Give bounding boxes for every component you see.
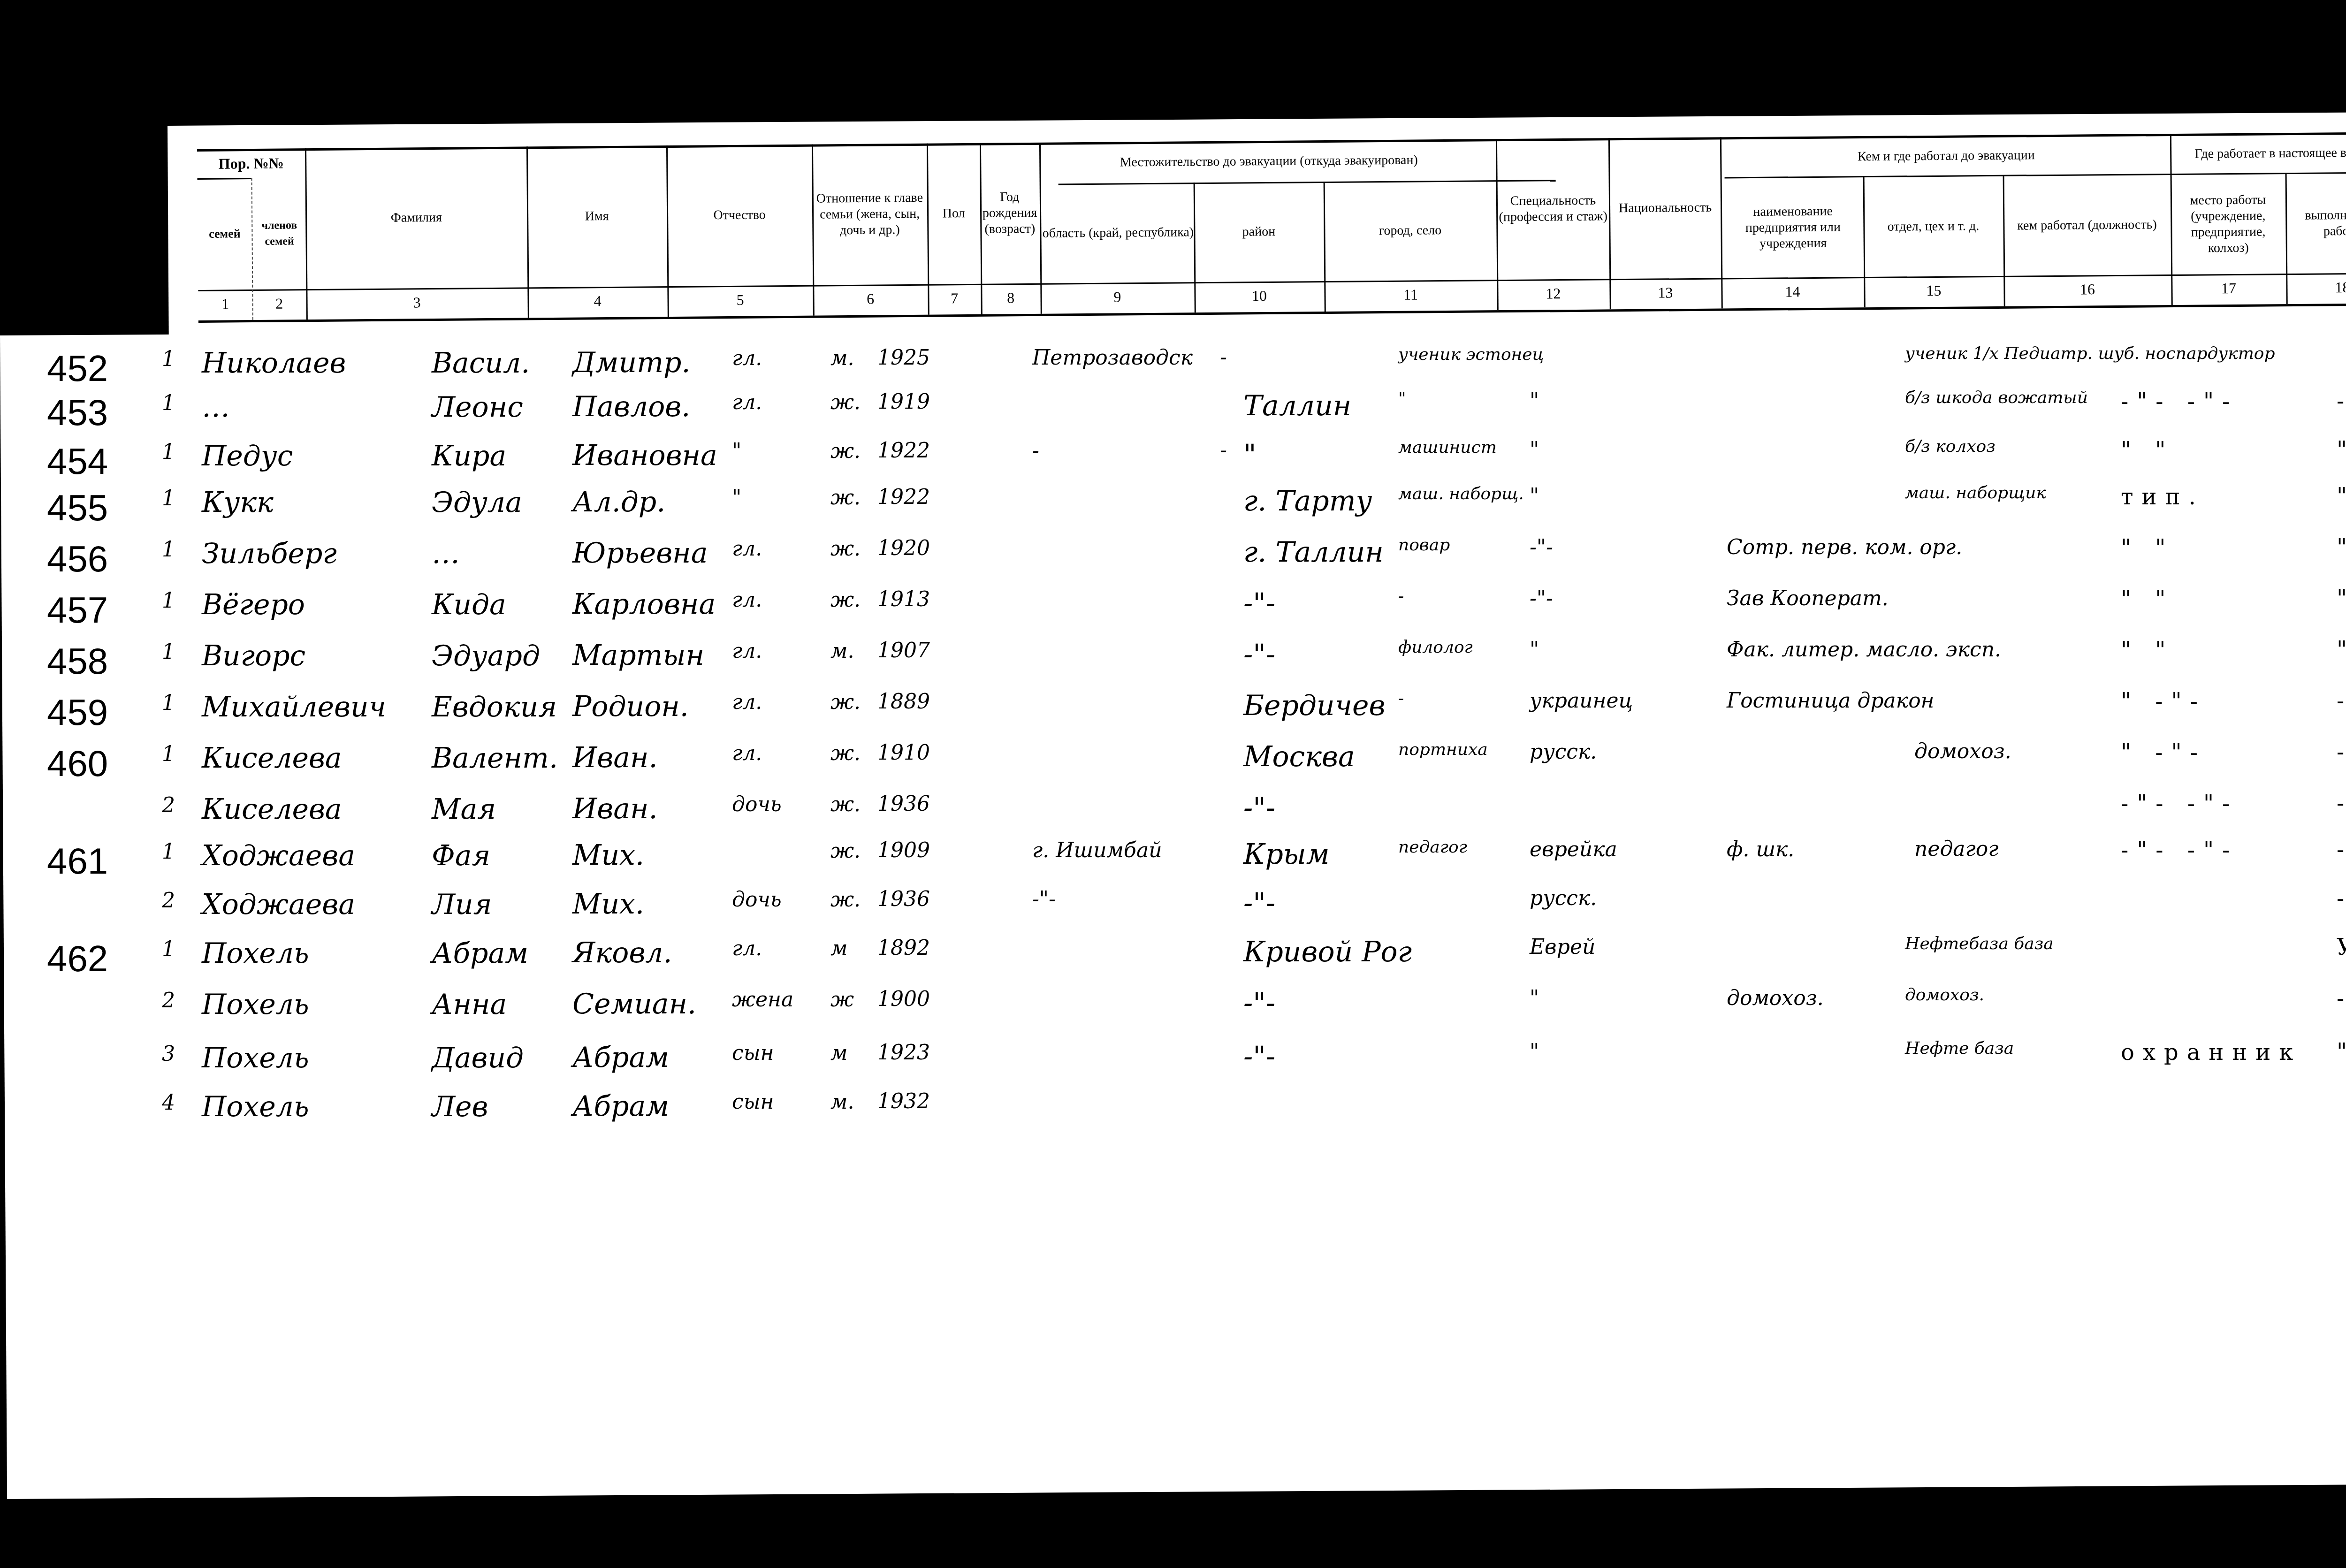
row-surname: Николаев — [202, 347, 346, 380]
row-member-no: 1 — [162, 440, 175, 464]
row-member-no: 1 — [162, 742, 175, 766]
row-city: -"- — [1243, 587, 1275, 620]
row-relation: сын — [732, 1041, 774, 1065]
row-sex: м — [830, 1041, 847, 1065]
row-patronymic: Иван. — [572, 792, 658, 825]
row-sex: м. — [830, 346, 854, 370]
row-surname: Ходжаева — [202, 888, 355, 921]
col-number: 5 — [667, 291, 813, 309]
row-c17: -"- -"- — [2121, 837, 2238, 863]
row-sex: ж — [830, 988, 854, 1012]
row-member-no: 1 — [162, 487, 175, 510]
col-number: 7 — [928, 289, 981, 307]
header-col-4: Имя — [526, 145, 667, 287]
row-city: Москва — [1243, 740, 1355, 773]
row-sex: ж. — [830, 390, 861, 414]
row-birth-year: 1913 — [877, 587, 930, 611]
row-birth-year: 1925 — [877, 346, 930, 370]
row-relation: гл. — [732, 390, 762, 414]
row-c14: Зав Кооперат. — [1727, 586, 1889, 610]
row-birth-year: 1923 — [877, 1041, 930, 1065]
row-c18: " " — [2337, 437, 2346, 463]
row-nationality: Еврей — [1530, 935, 1595, 959]
col-number: 8 — [981, 289, 1040, 307]
row-birth-year: 1936 — [877, 887, 930, 911]
row-name: Леонс — [432, 391, 523, 424]
row-c17: тип. — [2121, 484, 2204, 510]
row-patronymic: Карловна — [572, 588, 716, 621]
row-c16: маш. наборщик — [1905, 484, 2046, 502]
col-number: 11 — [1324, 285, 1497, 304]
row-relation: жена — [732, 988, 793, 1012]
row-c18: -"- -"- — [2337, 688, 2346, 714]
row-specialty: машинист — [1398, 438, 1497, 457]
row-sex: ж. — [830, 741, 861, 765]
row-name: Эдула — [432, 486, 522, 519]
header-col-2: членов семей — [252, 177, 306, 289]
row-surname: Похель — [202, 1042, 309, 1074]
row-region: -"- — [1032, 887, 1056, 911]
row-c16: б/з шкода вожатый — [1905, 388, 2088, 407]
row-specialty: ученик эстонец — [1398, 345, 1544, 364]
row-member-no: 1 — [162, 937, 175, 961]
row-specialty: педагог — [1398, 838, 1467, 857]
row-city: Бердичев — [1243, 689, 1385, 722]
row-c18: " " — [2337, 637, 2346, 663]
row-family-no: 452 — [47, 347, 108, 390]
row-c14: домохоз. — [1727, 986, 1824, 1010]
row-surname: Похель — [202, 988, 309, 1021]
row-city: -"- — [1243, 638, 1275, 671]
row-surname: Михайлевич — [202, 691, 386, 723]
row-nationality: -"- — [1530, 586, 1553, 610]
row-c14: Сотр. перв. ком. орг. — [1727, 535, 1962, 559]
col-number: 18 — [2286, 278, 2346, 297]
row-patronymic: Юрьевна — [572, 537, 708, 570]
header-col-10: район — [1194, 182, 1325, 282]
row-birth-year: 1932 — [877, 1089, 930, 1113]
header-col-6: Отношение к главе семьи (жена, сын, дочь… — [814, 144, 925, 285]
row-patronymic: Мих. — [572, 888, 644, 921]
row-relation: " — [732, 439, 741, 463]
row-name: Васил. — [432, 347, 530, 380]
col-number: 4 — [527, 292, 667, 310]
row-member-no: 1 — [162, 538, 175, 562]
row-region: г. Ишимбай — [1032, 838, 1162, 862]
row-birth-year: 1910 — [877, 741, 930, 765]
row-sex: ж. — [830, 792, 861, 816]
row-c18: " " — [2337, 483, 2346, 510]
row-patronymic: Ал.др. — [572, 486, 665, 518]
row-c17: " " — [2121, 437, 2174, 464]
row-nationality: русск. — [1530, 740, 1597, 764]
row-surname: Педус — [202, 440, 293, 472]
row-birth-year: 1900 — [877, 987, 930, 1011]
row-birth-year: 1936 — [877, 792, 930, 816]
row-sex: ж. — [830, 439, 861, 463]
row-nationality: " — [1530, 438, 1539, 462]
header-work-now-group: Где работает в настоящее время — [2170, 132, 2346, 175]
col-number: 1 — [198, 295, 252, 313]
row-relation: гл. — [732, 346, 762, 370]
row-family-no: 455 — [47, 487, 108, 529]
header-col-9: область (край, республика) — [1042, 183, 1195, 283]
row-c18: -"- -"- — [2337, 790, 2346, 816]
row-surname: Киселева — [202, 793, 342, 826]
row-relation: гл. — [732, 537, 762, 561]
row-patronymic: Абрам — [572, 1090, 669, 1123]
row-surname: Киселева — [202, 742, 342, 775]
row-birth-year: 1889 — [877, 690, 930, 714]
row-specialty: портниха — [1398, 740, 1488, 759]
row-city: Кривой Рог — [1243, 936, 1412, 968]
col-number: 10 — [1194, 287, 1324, 305]
col-number: 17 — [2171, 279, 2286, 297]
header-col-5: Отчество — [666, 145, 813, 286]
row-relation: гл. — [732, 639, 762, 663]
row-nationality: " — [1530, 986, 1539, 1010]
row-surname: Кукк — [202, 486, 274, 519]
header-col-12: Специальность (профессия и стаж) — [1497, 138, 1609, 280]
row-member-no: 3 — [162, 1042, 175, 1066]
row-city: Таллин — [1243, 389, 1351, 422]
header-col-3: Фамилия — [305, 146, 527, 289]
row-c18: -"- -"- — [2337, 885, 2346, 912]
row-sex: ж. — [830, 839, 861, 863]
row-surname: Ходжаева — [202, 839, 355, 872]
row-c17: -"- -"- — [2121, 791, 2238, 817]
row-family-no: 457 — [47, 589, 108, 632]
row-relation: гл. — [732, 936, 762, 960]
row-nationality: русск. — [1530, 886, 1597, 910]
row-family-no: 456 — [47, 538, 108, 580]
row-name: Валент. — [432, 742, 558, 775]
row-nationality: еврейка — [1530, 837, 1617, 861]
form-header-table: Пор. №№ семей членов семей Фамилия Имя О… — [197, 131, 2346, 324]
col-number: 2 — [252, 295, 306, 312]
row-surname: Похель — [202, 937, 309, 970]
row-c17: " -"- — [2121, 739, 2206, 766]
row-c18: " -"- — [2337, 1039, 2346, 1065]
header-col-7: Пол — [927, 143, 981, 284]
row-name: Лев — [432, 1090, 488, 1123]
row-relation: гл. — [732, 741, 762, 765]
row-name: Кира — [432, 440, 506, 472]
row-c18: -"- -"- — [2337, 837, 2346, 863]
row-c14: ф. шк. — [1727, 837, 1794, 861]
row-district: - — [1220, 345, 1227, 369]
row-name: … — [432, 537, 460, 570]
row-c18: " " — [2337, 534, 2346, 561]
row-member-no: 1 — [162, 840, 175, 864]
row-nationality: " — [1530, 638, 1539, 662]
row-patronymic: Мартын — [572, 639, 704, 672]
header-col-15: отдел, цех и т. д. — [1863, 176, 2004, 277]
row-sex: ж. — [830, 486, 861, 510]
row-family-no: 461 — [47, 840, 108, 883]
row-c16: б/з колхоз — [1905, 437, 1996, 456]
row-city: Крым — [1243, 838, 1329, 871]
row-specialty: " — [1398, 389, 1406, 408]
header-residence-group: Местожительство до эвакуации (откуда эва… — [1042, 139, 1496, 184]
row-city: -"- — [1243, 987, 1275, 1020]
row-specialty: - — [1398, 689, 1404, 708]
row-name: Давид — [432, 1042, 524, 1074]
row-birth-year: 1907 — [877, 639, 930, 662]
row-birth-year: 1920 — [877, 536, 930, 560]
col-number: 3 — [306, 293, 527, 312]
row-member-no: 1 — [162, 589, 175, 613]
row-relation: гл. — [732, 588, 762, 612]
row-patronymic: Павлов. — [572, 390, 690, 423]
row-specialty: повар — [1398, 536, 1450, 555]
row-city: -"- — [1243, 1040, 1275, 1073]
row-c16: Нефте база — [1905, 1039, 2014, 1058]
row-specialty: - — [1398, 587, 1404, 606]
row-nationality: -"- — [1530, 535, 1553, 559]
row-c15: домохоз. — [1914, 739, 2011, 763]
row-c18: -"- -"- — [2337, 985, 2346, 1012]
row-patronymic: Абрам — [572, 1041, 669, 1074]
col-number: 15 — [1864, 282, 2003, 300]
header-col-16: кем работал (должность) — [2003, 175, 2171, 276]
row-relation: гл. — [732, 690, 762, 714]
header-col-1: семей — [197, 178, 252, 290]
header-work-before-group: Кем и где работал до эвакуации — [1722, 134, 2171, 178]
row-name: Кида — [432, 588, 506, 621]
row-name: Фая — [432, 839, 490, 872]
row-member-no: 1 — [162, 640, 175, 664]
row-sex: ж. — [830, 690, 861, 714]
row-nationality: украинец — [1530, 689, 1633, 713]
header-col-13: Национальность — [1609, 137, 1721, 279]
row-c15: педагог — [1914, 837, 1998, 861]
row-c14: Гостиница дракон — [1727, 689, 1935, 713]
col-number: 6 — [813, 290, 928, 308]
row-surname: Похель — [202, 1090, 309, 1123]
row-sex: ж. — [830, 888, 861, 912]
row-family-no: 460 — [47, 742, 108, 785]
row-patronymic: Родион. — [572, 690, 689, 723]
row-surname: Вёгеро — [202, 588, 305, 621]
row-c16: ученик 1/х Педиатр. шуб. носпардуктор — [1905, 344, 2275, 363]
row-c17: " " — [2121, 637, 2174, 663]
header-col-17: место работы (учреждение, предприятие, к… — [2171, 174, 2286, 274]
row-family-no: 462 — [47, 937, 108, 980]
row-birth-year: 1919 — [877, 390, 930, 414]
row-relation: " — [732, 486, 741, 510]
row-relation: сын — [732, 1090, 774, 1114]
row-city: г. Таллин — [1243, 536, 1384, 569]
row-family-no: 453 — [47, 391, 108, 434]
row-c16: домохоз. — [1905, 986, 1984, 1005]
row-member-no: 2 — [162, 989, 175, 1012]
header-col-18: выполняемая работа — [2285, 173, 2346, 274]
row-c17: " " — [2121, 586, 2174, 612]
row-surname: Зильберг — [202, 537, 337, 570]
row-name: Абрам — [432, 937, 528, 970]
row-sex: м — [830, 936, 847, 960]
row-sex: м. — [830, 639, 854, 663]
header-col-14: наименование предприятия или учреждения — [1722, 177, 1864, 278]
row-c17: " -"- — [2121, 688, 2206, 715]
row-city: -"- — [1243, 792, 1275, 824]
row-sex: ж. — [830, 537, 861, 561]
row-c18: -"- -"- — [2337, 388, 2346, 414]
row-birth-year: 1922 — [877, 439, 930, 463]
row-surname: … — [202, 391, 230, 424]
col-number: 16 — [2003, 280, 2171, 299]
row-c17: -"- -"- — [2121, 388, 2238, 415]
row-family-no: 454 — [47, 440, 108, 483]
row-city: -"- — [1243, 887, 1275, 920]
row-specialty: маш. наборщ. — [1398, 485, 1524, 503]
row-family-no: 459 — [47, 691, 108, 734]
row-member-no: 1 — [162, 391, 175, 415]
row-member-no: 4 — [162, 1091, 175, 1115]
row-birth-year: 1892 — [877, 936, 930, 960]
row-family-no: 458 — [47, 640, 108, 683]
row-surname: Вигорс — [202, 639, 305, 672]
row-patronymic: Ивановна — [572, 439, 717, 472]
row-c17: " " — [2121, 535, 2174, 561]
row-birth-year: 1922 — [877, 485, 930, 509]
row-patronymic: Иван. — [572, 741, 658, 774]
row-c18: Управд. — [2337, 934, 2346, 960]
row-member-no: 2 — [162, 889, 175, 913]
col-number: 12 — [1497, 284, 1609, 303]
row-c18: " " — [2337, 586, 2346, 612]
col-number: 14 — [1721, 282, 1864, 301]
row-c14: Фак. литер. масло. эксп. — [1727, 638, 2001, 662]
row-sex: м. — [830, 1090, 854, 1114]
row-region: - — [1032, 439, 1039, 463]
row-patronymic: Яковл. — [572, 936, 672, 969]
row-member-no: 2 — [162, 793, 175, 817]
row-patronymic: Мих. — [572, 839, 644, 872]
row-sex: ж. — [830, 588, 861, 612]
header-col-11: город, село — [1324, 180, 1497, 281]
row-name: Эдуард — [432, 639, 540, 672]
row-name: Евдокия — [432, 691, 557, 723]
row-relation: дочь — [732, 792, 782, 816]
row-nationality: " — [1530, 389, 1539, 413]
row-patronymic: Дмитр. — [572, 346, 691, 379]
row-specialty: филолог — [1398, 638, 1473, 657]
row-city: " — [1243, 438, 1257, 471]
row-name: Лия — [432, 888, 492, 921]
row-member-no: 1 — [162, 691, 175, 715]
row-region: Петрозаводск — [1032, 346, 1193, 370]
row-nationality: " — [1530, 1040, 1539, 1064]
col-number: 9 — [1040, 288, 1194, 306]
row-member-no: 1 — [162, 347, 175, 371]
row-c17: охранник — [2121, 1039, 2301, 1066]
row-c18: -"- -"- — [2337, 739, 2346, 765]
col-number: 13 — [1609, 283, 1721, 302]
row-district: - — [1220, 438, 1227, 462]
row-relation: дочь — [732, 888, 782, 912]
row-c16: Нефтебаза база — [1905, 935, 2054, 953]
row-name: Мая — [432, 793, 496, 826]
row-nationality: " — [1530, 484, 1539, 508]
row-city: г. Тарту — [1243, 485, 1372, 518]
header-por-nn: Пор. №№ — [197, 148, 305, 178]
row-birth-year: 1909 — [877, 838, 930, 862]
row-patronymic: Семиан. — [572, 988, 696, 1020]
row-name: Анна — [432, 988, 507, 1021]
header-col-8: Год рождения (возраст) — [981, 143, 1039, 284]
